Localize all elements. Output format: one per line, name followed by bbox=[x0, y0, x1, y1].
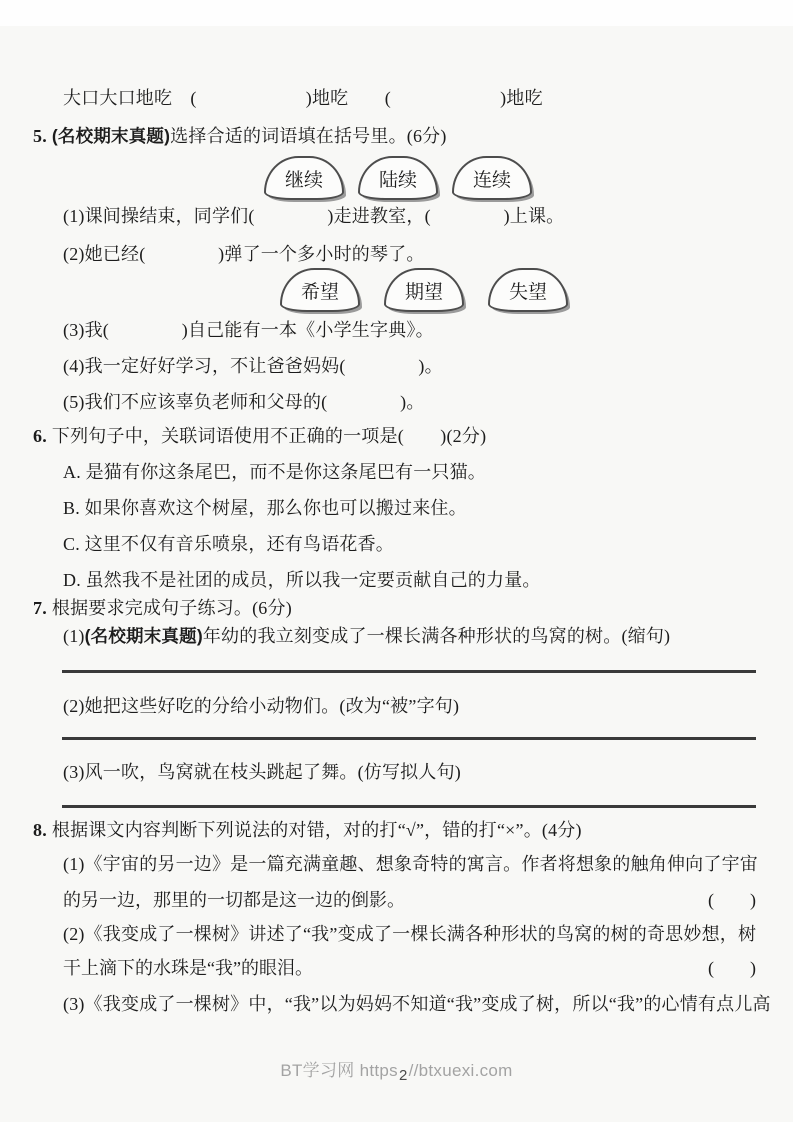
q8-item-2-line2-text: 干上滴下的水珠是“我”的眼泪。 bbox=[63, 956, 313, 980]
word-bubble-label: 继续 bbox=[285, 165, 323, 192]
q7-item-2: (2)她把这些好吃的分给小动物们。(改为“被”字句) bbox=[63, 694, 459, 718]
word-bubble: 陆续 bbox=[358, 156, 438, 200]
q8-title: 根据课文内容判断下列说法的对错，对的打“√”，错的打“×”。(4分) bbox=[52, 820, 582, 840]
q8-item-2-line1: (2)《我变成了一棵树》讲述了“我”变成了一棵长满各种形状的鸟窝的树的奇思妙想，… bbox=[63, 922, 756, 946]
word-bubble-label: 期望 bbox=[405, 277, 443, 304]
q5-title: 选择合适的词语填在括号里。(6分) bbox=[170, 126, 446, 146]
q5-word-bank-1: 继续 陆续 连续 bbox=[264, 156, 532, 200]
footer-url-suffix: //btxuexi.com bbox=[409, 1061, 513, 1080]
q5-item-3-text: (3)我( )自己能有一本《小学生字典》。 bbox=[63, 320, 434, 340]
q4-fill-line: 大口大口地吃 ( )地吃 ( )地吃 bbox=[63, 86, 543, 110]
page-top-margin bbox=[0, 0, 793, 26]
q5-source-tag: (名校期末真题) bbox=[52, 126, 170, 146]
q7-item-1: (1)(名校期末真题)年幼的我立刻变成了一棵长满各种形状的鸟窝的树。(缩句) bbox=[63, 624, 670, 648]
q6-option-b-text: B. 如果你喜欢这个树屋，那么你也可以搬过来住。 bbox=[63, 498, 467, 518]
q5-number: 5. bbox=[33, 126, 47, 146]
q7-item-3-prefix: (3) bbox=[63, 762, 85, 782]
q8-item-3-line1-text: (3)《我变成了一棵树》中，“我”以为妈妈不知道“我”变成了树，所以“我”的心情… bbox=[63, 994, 771, 1014]
word-bubble: 继续 bbox=[264, 156, 344, 200]
q8-item-1-line2-text: 的另一边，那里的一切都是这一边的倒影。 bbox=[63, 888, 405, 912]
q8-item-2-line2: 干上滴下的水珠是“我”的眼泪。 ( ) bbox=[63, 956, 756, 980]
q7-item-2-text: 她把这些好吃的分给小动物们。(改为“被”字句) bbox=[85, 696, 460, 716]
q7-item-2-prefix: (2) bbox=[63, 696, 85, 716]
exam-page: 大口大口地吃 ( )地吃 ( )地吃 5.(名校期末真题)选择合适的词语填在括号… bbox=[0, 0, 793, 1122]
q5-item-3: (3)我( )自己能有一本《小学生字典》。 bbox=[63, 318, 434, 342]
q8-item-1-line1-text: (1)《宇宙的另一边》是一篇充满童趣、想象奇特的寓言。作者将想象的触角伸向了宇宙 bbox=[63, 854, 758, 874]
q8-item-1-line1: (1)《宇宙的另一边》是一篇充满童趣、想象奇特的寓言。作者将想象的触角伸向了宇宙 bbox=[63, 852, 758, 876]
q8-item-3-line1: (3)《我变成了一棵树》中，“我”以为妈妈不知道“我”变成了树，所以“我”的心情… bbox=[63, 992, 771, 1016]
q7-item-3: (3)风一吹，鸟窝就在枝头跳起了舞。(仿写拟人句) bbox=[63, 760, 461, 784]
answer-line bbox=[62, 737, 756, 740]
q5-item-4: (4)我一定好好学习，不让爸爸妈妈( )。 bbox=[63, 354, 443, 378]
q7-header: 7.根据要求完成句子练习。(6分) bbox=[33, 596, 292, 620]
q7-title: 根据要求完成句子练习。(6分) bbox=[52, 598, 292, 618]
q6-header: 6.下列句子中，关联词语使用不正确的一项是( )(2分) bbox=[33, 424, 486, 448]
q6-option-a-text: A. 是猫有你这条尾巴，而不是你这条尾巴有一只猫。 bbox=[63, 462, 486, 482]
q8-item-2-line1-text: (2)《我变成了一棵树》讲述了“我”变成了一棵长满各种形状的鸟窝的树的奇思妙想，… bbox=[63, 924, 756, 944]
q8-item-1-line2: 的另一边，那里的一切都是这一边的倒影。 ( ) bbox=[63, 888, 756, 912]
word-bubble: 希望 bbox=[280, 268, 360, 312]
q7-item-1-text: 年幼的我立刻变成了一棵长满各种形状的鸟窝的树。(缩句) bbox=[203, 626, 670, 646]
q5-item-1-text: (1)课间操结束，同学们( )走进教室，( )上课。 bbox=[63, 206, 564, 226]
q5-item-1: (1)课间操结束，同学们( )走进教室，( )上课。 bbox=[63, 204, 564, 228]
word-bubble: 期望 bbox=[384, 268, 464, 312]
q5-word-bank-2: 希望 期望 失望 bbox=[280, 268, 568, 312]
q7-item-1-prefix: (1) bbox=[63, 626, 85, 646]
q5-header: 5.(名校期末真题)选择合适的词语填在括号里。(6分) bbox=[33, 124, 447, 148]
q8-header: 8.根据课文内容判断下列说法的对错，对的打“√”，错的打“×”。(4分) bbox=[33, 818, 582, 842]
q7-number: 7. bbox=[33, 598, 47, 618]
q6-option-d-text: D. 虽然我不是社团的成员，所以我一定要贡献自己的力量。 bbox=[63, 570, 541, 590]
word-bubble-label: 失望 bbox=[509, 277, 547, 304]
q5-item-5: (5)我们不应该辜负老师和父母的( )。 bbox=[63, 390, 425, 414]
word-bubble-label: 陆续 bbox=[379, 165, 417, 192]
word-bubble: 连续 bbox=[452, 156, 532, 200]
q6-option-c-text: C. 这里不仅有音乐喷泉，还有鸟语花香。 bbox=[63, 534, 394, 554]
q5-item-2: (2)她已经( )弹了一个多小时的琴了。 bbox=[63, 242, 425, 266]
q8-item-1-answer-paren: ( ) bbox=[708, 888, 756, 912]
q6-number: 6. bbox=[33, 426, 47, 446]
q5-item-5-text: (5)我们不应该辜负老师和父母的( )。 bbox=[63, 392, 425, 412]
answer-line bbox=[62, 805, 756, 808]
word-bubble: 失望 bbox=[488, 268, 568, 312]
footer-site-url: BT学习网 https bbox=[280, 1061, 398, 1080]
q5-item-4-text: (4)我一定好好学习，不让爸爸妈妈( )。 bbox=[63, 356, 443, 376]
word-bubble-label: 连续 bbox=[473, 165, 511, 192]
q6-title: 下列句子中，关联词语使用不正确的一项是( )(2分) bbox=[52, 426, 486, 446]
q6-option-d: D. 虽然我不是社团的成员，所以我一定要贡献自己的力量。 bbox=[63, 568, 541, 592]
q7-item-1-source-tag: (名校期末真题) bbox=[85, 626, 203, 646]
q8-number: 8. bbox=[33, 820, 47, 840]
q7-item-3-text: 风一吹，鸟窝就在枝头跳起了舞。(仿写拟人句) bbox=[85, 762, 461, 782]
q6-option-b: B. 如果你喜欢这个树屋，那么你也可以搬过来住。 bbox=[63, 496, 467, 520]
footer-watermark: BT学习网 https2//btxuexi.com bbox=[0, 1056, 793, 1084]
q6-option-c: C. 这里不仅有音乐喷泉，还有鸟语花香。 bbox=[63, 532, 394, 556]
page-number: 2 bbox=[399, 1067, 408, 1084]
q5-item-2-text: (2)她已经( )弹了一个多小时的琴了。 bbox=[63, 244, 425, 264]
word-bubble-label: 希望 bbox=[301, 277, 339, 304]
q4-fill-line-text: 大口大口地吃 ( )地吃 ( )地吃 bbox=[63, 88, 543, 108]
answer-line bbox=[62, 670, 756, 673]
q6-option-a: A. 是猫有你这条尾巴，而不是你这条尾巴有一只猫。 bbox=[63, 460, 486, 484]
q8-item-2-answer-paren: ( ) bbox=[708, 956, 756, 980]
